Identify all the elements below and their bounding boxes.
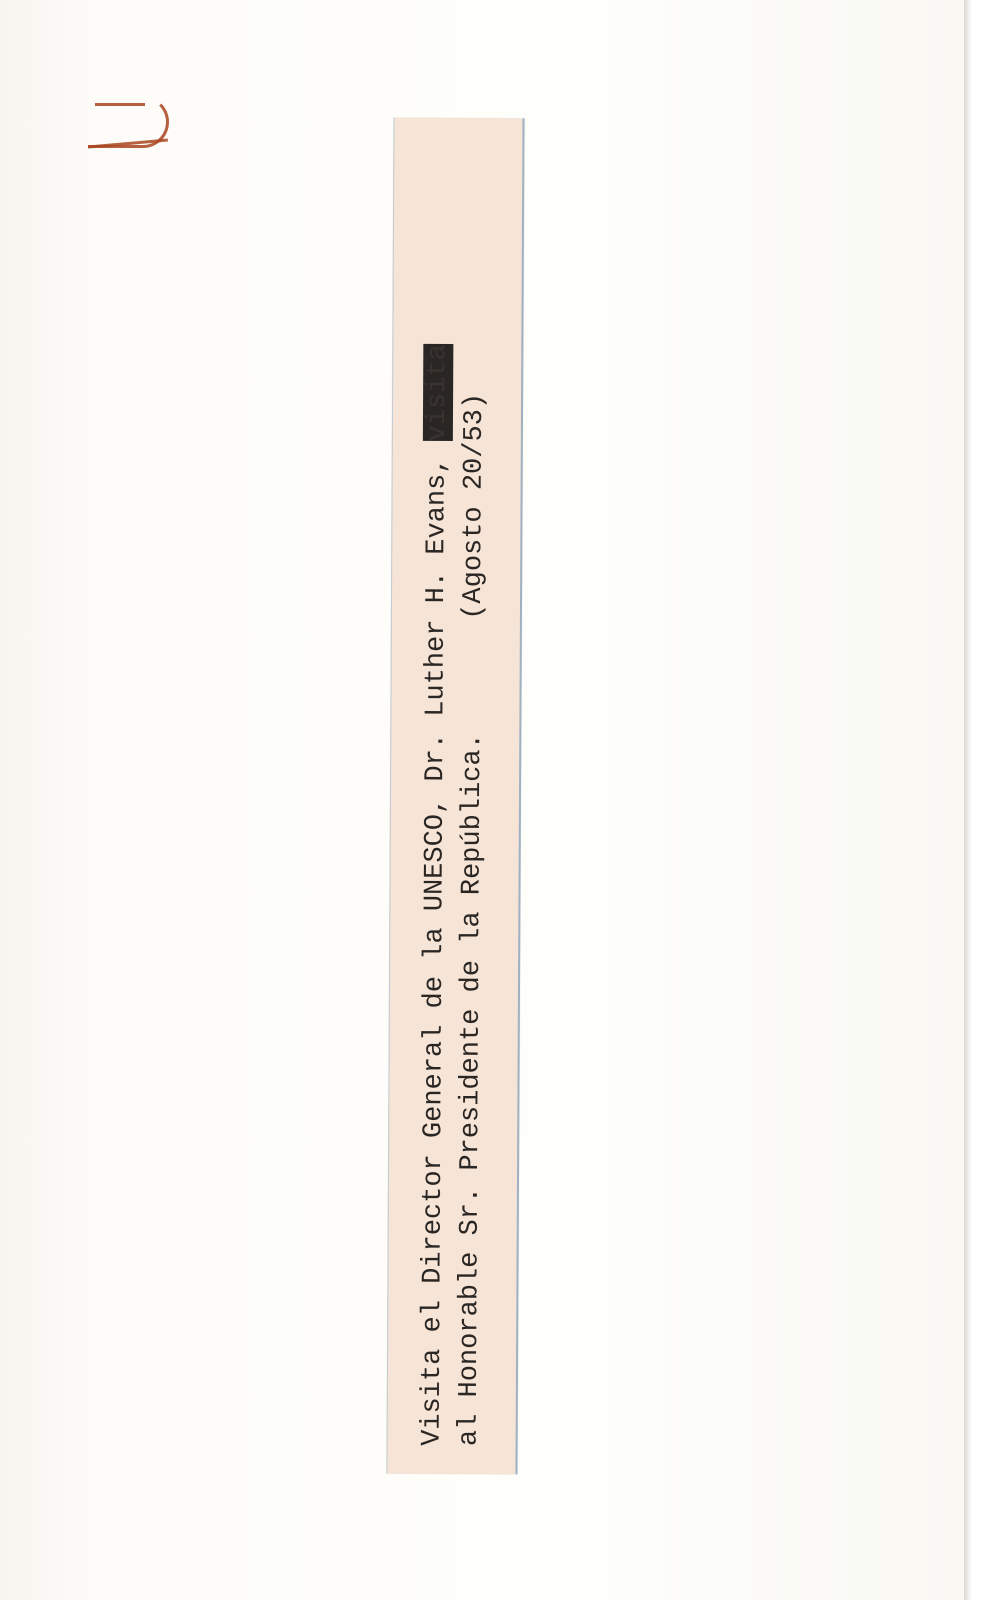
card-edge [964,0,984,1600]
struck-word: visita [423,344,454,441]
caption-label: Visita el Director General de la UNESCO,… [386,118,524,1475]
rust-mark-line [95,103,145,106]
caption-line-1: Visita el Director General de la UNESCO,… [418,441,453,1446]
caption-date: (Agosto 20/53) [459,393,490,620]
caption-line-2: al Honorable Sr. Presidente de la Repúbl… [455,733,489,1446]
caption-text: Visita el Director General de la UNESCO,… [415,146,496,1446]
